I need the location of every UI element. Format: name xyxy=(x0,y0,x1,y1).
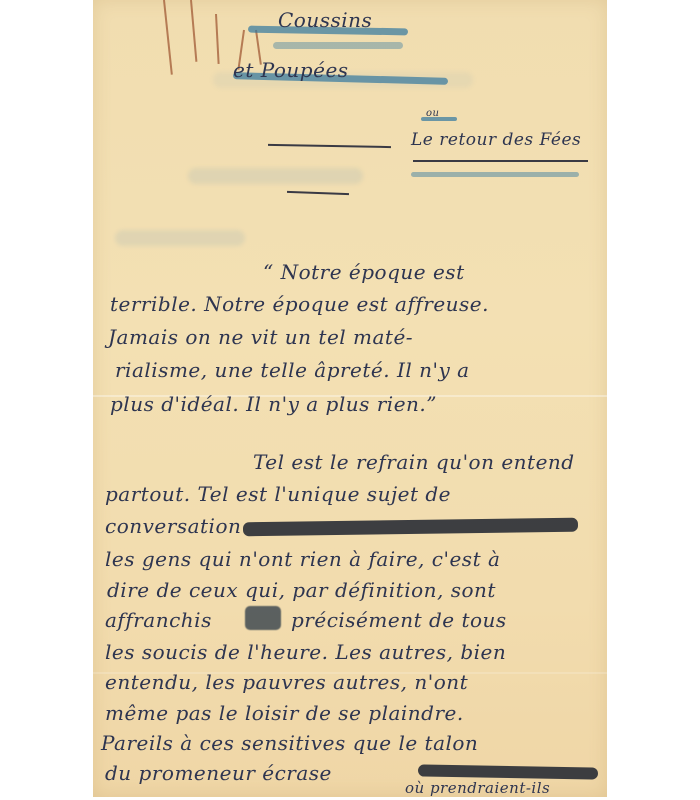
text-line: affranchis xyxy=(105,608,212,632)
alt-connector: ou xyxy=(426,108,439,119)
dash-rule xyxy=(268,144,391,148)
crossed-out-text xyxy=(418,764,598,779)
text-line: Jamais on ne vit un tel maté- xyxy=(108,325,413,349)
text-line: les soucis de l'heure. Les autres, bien xyxy=(105,640,506,664)
subtitle-underline xyxy=(413,160,588,162)
title-line-1: Coussins xyxy=(278,8,372,32)
crossed-out-text xyxy=(243,518,578,537)
red-pencil-mark xyxy=(190,0,197,62)
text-line: partout. Tel est l'unique sujet de xyxy=(105,482,451,506)
red-pencil-mark xyxy=(163,0,173,75)
text-line: les gens qui n'ont rien à faire, c'est à xyxy=(105,547,500,571)
text-line: conversation xyxy=(105,514,241,538)
manuscript-page: Coussins et Poupées ou Le retour des Fée… xyxy=(93,0,607,797)
text-line: du promeneur écrase xyxy=(105,761,332,785)
blue-underline xyxy=(273,42,403,49)
red-pencil-mark xyxy=(215,14,220,64)
text-line: plus d'idéal. Il n'y a plus rien.” xyxy=(110,392,437,416)
subtitle: Le retour des Fées xyxy=(411,130,581,150)
text-line: rialisme, une telle âpreté. Il n'y a xyxy=(115,358,470,382)
text-line: “ Notre époque est xyxy=(263,260,465,284)
text-line: Pareils à ces sensitives que le talon xyxy=(101,731,478,755)
text-line: entendu, les pauvres autres, n'ont xyxy=(105,670,468,694)
text-line: même pas le loisir de se plaindre. xyxy=(105,701,464,725)
text-line: terrible. Notre époque est affreuse. xyxy=(110,292,489,316)
text-line: Tel est le refrain qu'on entend xyxy=(253,450,575,474)
text-line: précisément de tous xyxy=(291,608,507,632)
bleed-through-mark xyxy=(188,168,363,184)
bleed-through-mark xyxy=(115,230,245,246)
blue-underline xyxy=(411,172,579,177)
title-line-2: et Poupées xyxy=(233,58,349,82)
dash-rule xyxy=(287,191,349,195)
text-line-insert: où prendraient-ils xyxy=(405,779,550,797)
ink-blot xyxy=(245,606,281,630)
text-line: dire de ceux qui, par définition, sont xyxy=(107,578,496,602)
